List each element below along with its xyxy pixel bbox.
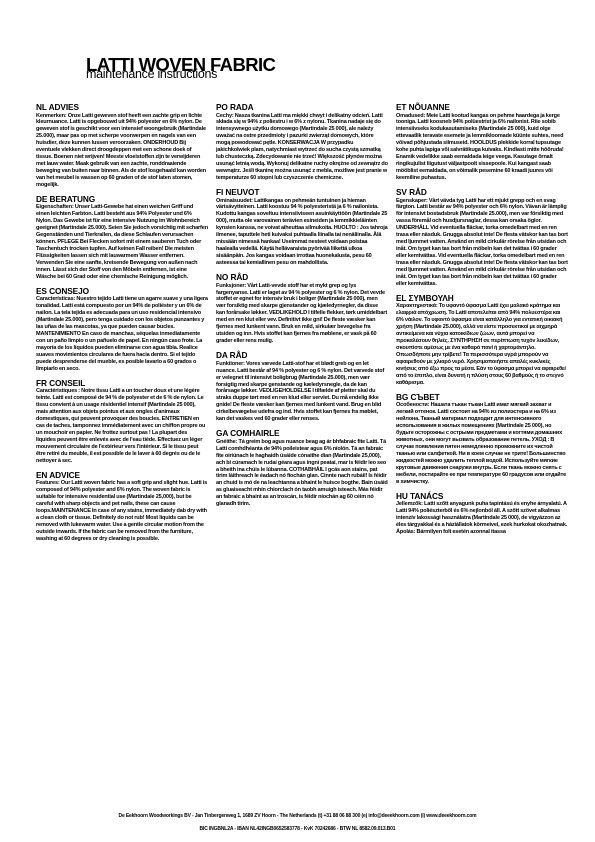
section-heading: ET NÕUANNE	[396, 103, 568, 113]
section-fi: FI NEUVOT Ominaisuudet: Lattikangas on p…	[216, 188, 388, 267]
section-body: Gnéithe: Tá greim bog agus nuance beag a…	[216, 439, 388, 509]
section-et: ET NÕUANNE Omadused: Meie Latti kootud k…	[396, 103, 568, 182]
section-el: EL ΣΥΜΒΟΥΛΗ Χαρακτηριστικά: Το υφαντό ύφ…	[396, 294, 568, 387]
section-body: Eigenschaften: Unser Latti-Gewebe hat ei…	[36, 204, 208, 280]
section-heading: BG СЪВЕТ	[396, 393, 568, 403]
section-body: Χαρακτηριστικά: Το υφαντό ύφασμα Latti έ…	[396, 303, 568, 386]
section-en: EN ADVICE Features: Our Latti woven fabr…	[36, 471, 208, 543]
section-body: Omadused: Meie Latti kootud kangas on pe…	[396, 113, 568, 183]
section-body: Egenskaper: Vårt vävda tyg Latti har ett…	[396, 198, 568, 288]
section-heading: NO RÅD	[216, 273, 388, 283]
section-heading: EL ΣΥΜΒΟΥΛΗ	[396, 294, 568, 304]
section-heading: FR CONSEIL	[36, 379, 208, 389]
section-body: Caractéristiques : Notre tissu Latti a u…	[36, 388, 208, 464]
section-body: Funksjoner: Vårt Latti-vevde stoff har e…	[216, 283, 388, 346]
section-body: Особености: Нашата тъкан тъкан Latti има…	[396, 402, 568, 485]
section-heading: EN ADVICE	[36, 471, 208, 481]
section-heading: HU TANÁCS	[396, 492, 568, 502]
section-heading: NL ADVIES	[36, 103, 208, 113]
section-heading: GA COMHAIRLE	[216, 429, 388, 439]
section-heading: FI NEUVOT	[216, 188, 388, 198]
section-heading: DA RÅD	[216, 351, 388, 361]
section-heading: DE BERATUNG	[36, 195, 208, 205]
section-de: DE BERATUNG Eigenschaften: Unser Latti-G…	[36, 195, 208, 281]
section-sv: SV RÅD Egenskaper: Vårt vävda tyg Latti …	[396, 188, 568, 288]
footer-company-contact: De Eekhoorn Woodworkings BV - Jan Tinber…	[0, 813, 595, 819]
column-2: PO RADA Cechy: Nasza tkanina Latti ma mi…	[216, 103, 388, 514]
section-body: Jellemzők: Latti szőtt anyagunk puha tap…	[396, 501, 568, 536]
footer-bank-details: BIC INGBNL2A - IBAN NL42INGB0652583778 -…	[0, 826, 595, 832]
section-bg: BG СЪВЕТ Особености: Нашата тъкан тъкан …	[396, 393, 568, 486]
section-body: Features: Our Latti woven fabric has a s…	[36, 480, 208, 543]
section-heading: PO RADA	[216, 103, 388, 113]
section-ga: GA COMHAIRLE Gnéithe: Tá greim bog agus …	[216, 429, 388, 508]
section-body: Kenmerken: Onze Latti geweven stof heeft…	[36, 113, 208, 189]
column-3: ET NÕUANNE Omadused: Meie Latti kootud k…	[396, 103, 568, 542]
section-heading: ES CONSEJO	[36, 287, 208, 297]
section-hu: HU TANÁCS Jellemzők: Latti szőtt anyagun…	[396, 492, 568, 536]
section-body: Características: Nuestro tejido Latti ti…	[36, 296, 208, 372]
page-subtitle: maintenance instructions	[86, 67, 217, 81]
section-body: Ominaisuudet: Lattikangas on pehmeän tun…	[216, 198, 388, 268]
section-pl: PO RADA Cechy: Nasza tkanina Latti ma mi…	[216, 103, 388, 182]
section-body: Cechy: Nasza tkanina Latti ma miękki chw…	[216, 113, 388, 183]
section-es: ES CONSEJO Características: Nuestro teji…	[36, 287, 208, 373]
section-fr: FR CONSEIL Caractéristiques : Notre tiss…	[36, 379, 208, 465]
section-heading: SV RÅD	[396, 188, 568, 198]
section-no: NO RÅD Funksjoner: Vårt Latti-vevde stof…	[216, 273, 388, 345]
section-body: Funktioner: Vores vævede Latti-stof har …	[216, 361, 388, 424]
section-nl: NL ADVIES Kenmerken: Onze Latti geweven …	[36, 103, 208, 189]
section-da: DA RÅD Funktioner: Vores vævede Latti-st…	[216, 351, 388, 423]
column-1: NL ADVIES Kenmerken: Onze Latti geweven …	[36, 103, 208, 549]
